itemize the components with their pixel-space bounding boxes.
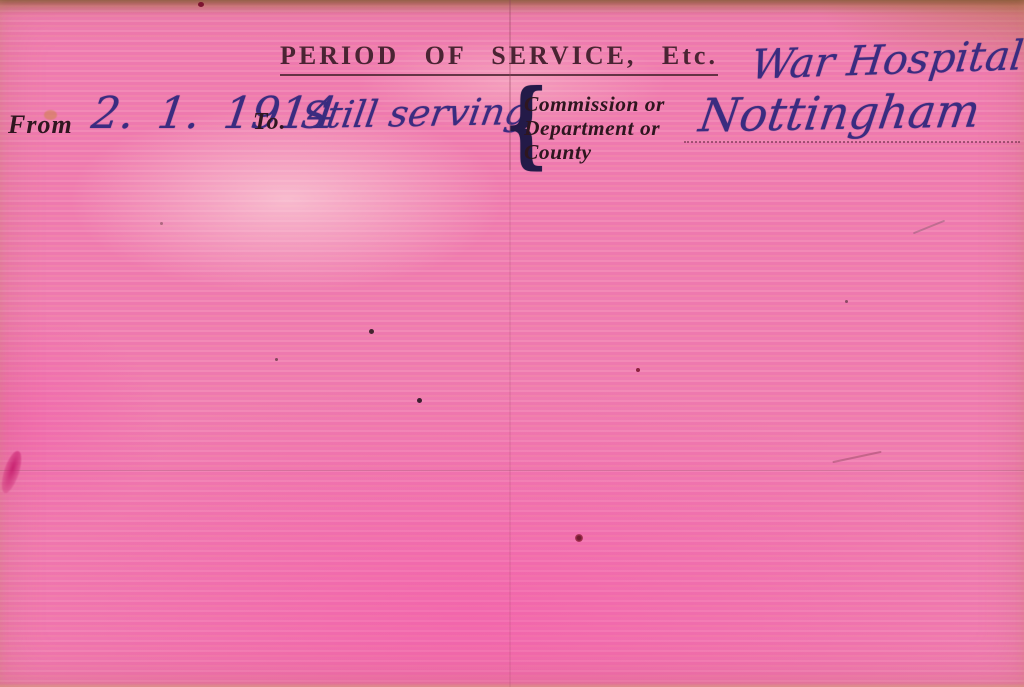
org-value-line-1: War Hospital [748,31,1024,88]
service-record-card: PERIOD OF SERVICE, Etc. From 2. 1. 1914 … [0,0,1024,687]
scratch-mark [832,451,881,463]
org-label-line-2: Department or [524,116,665,140]
from-label: From [8,110,73,140]
org-label-block: Commission or Department or County [524,92,665,164]
org-label-line-3: County [524,140,665,164]
to-label: To. [253,109,286,136]
org-label-line-1: Commission or [524,92,665,116]
horizontal-crease [0,470,1024,471]
ink-speck [845,300,848,303]
ink-speck [160,222,163,225]
vertical-fold-crease [509,0,511,687]
to-value-handwriting: Still serving [298,90,532,137]
ink-speck [575,534,583,542]
ink-speck [369,329,374,334]
ink-speck [636,368,640,372]
ink-speck [417,398,422,403]
ink-speck [198,2,204,7]
pencil-scribble [913,220,945,235]
card-title: PERIOD OF SERVICE, Etc. [280,41,718,76]
org-value-line-2: Nottingham [696,84,984,143]
ink-speck [275,358,278,361]
tan-stain [44,110,57,120]
ink-smudge [0,449,25,495]
